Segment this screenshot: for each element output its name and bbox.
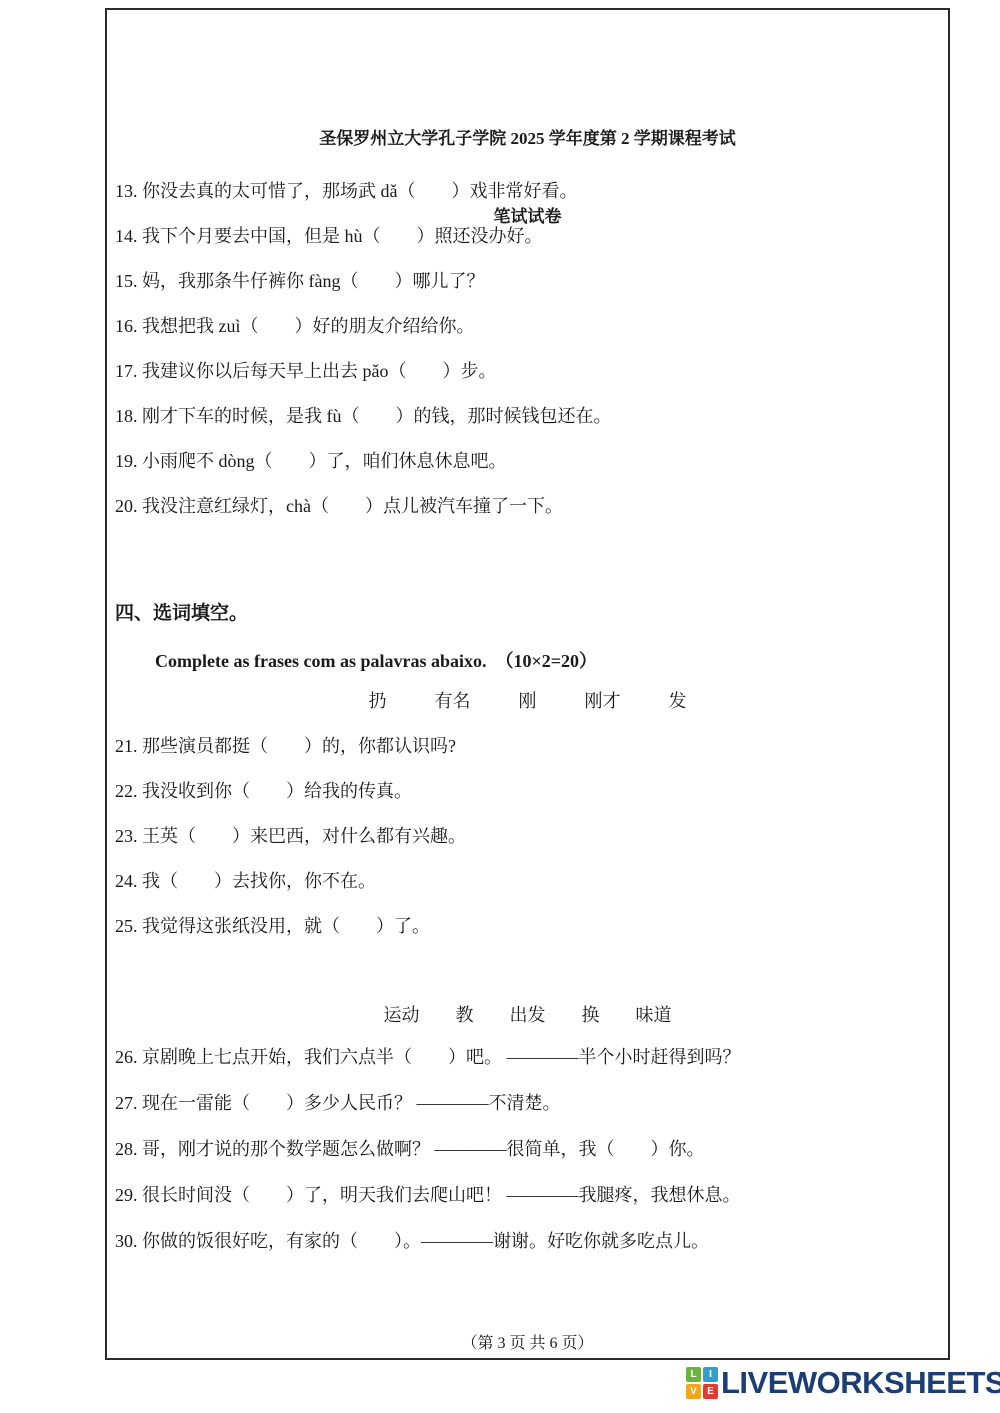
question-item-15: 15. 妈，我那条牛仔裤你 fàng（ ）哪儿了？ (115, 272, 915, 291)
liveworksheets-logo-text: LIVEWORKSHEETS (721, 1365, 1000, 1401)
question-item-17: 17. 我建议你以后每天早上出去 pǎo（ ）步。 (115, 362, 915, 381)
question-item-28: 28. 哥，刚才说的那个数学题怎么做啊？ ————很简单，我（ ）你。 (115, 1140, 935, 1159)
question-item-27: 27. 现在一雷能（ ）多少人民币？ ————不清楚。 (115, 1094, 935, 1113)
section4-instruction: Complete as frases com as palavras abaix… (155, 647, 597, 673)
liveworksheets-logo[interactable]: L I V E LIVEWORKSHEETS (686, 1365, 1000, 1401)
question-item-19: 19. 小雨爬不 dòng（ ）了，咱们休息休息吧。 (115, 452, 915, 471)
word-bank-1-word: 有名 (435, 692, 471, 711)
word-bank-2: 运动 教 出发 换 味道 (105, 1006, 950, 1025)
section4-question-list-2: 26. 京剧晚上七点开始，我们六点半（ ）吧。 ————半个小时赶得到吗？ 27… (115, 1048, 935, 1251)
word-bank-2-word: 出发 (510, 1006, 546, 1025)
question-item-20: 20. 我没注意红绿灯，chà（ ）点儿被汽车撞了一下。 (115, 497, 915, 516)
question-item-25: 25. 我觉得这张纸没用，就（ ）了。 (115, 917, 915, 936)
question-item-30: 30. 你做的饭很好吃，有家的（ ）。————谢谢。好吃你就多吃点儿。 (115, 1232, 935, 1251)
question-item-16: 16. 我想把我 zuì（ ）好的朋友介绍给你。 (115, 317, 915, 336)
word-bank-2-word: 换 (582, 1006, 600, 1025)
question-item-26: 26. 京剧晚上七点开始，我们六点半（ ）吧。 ————半个小时赶得到吗？ (115, 1048, 935, 1067)
section4-question-list-1: 21. 那些演员都挺（ ）的，你都认识吗? 22. 我没收到你（ ）给我的传真。… (115, 737, 915, 936)
question-item-21: 21. 那些演员都挺（ ）的，你都认识吗? (115, 737, 915, 756)
word-bank-2-word: 运动 (384, 1006, 420, 1025)
word-bank-1-word: 发 (669, 692, 687, 711)
question-item-18: 18. 刚才下车的时候，是我 fù（ ）的钱，那时候钱包还在。 (115, 407, 915, 426)
word-bank-1-word: 刚才 (585, 692, 621, 711)
exam-title-line1: 圣保罗州立大学孔子学院 2025 学年度第 2 学期课程考试 (105, 126, 950, 152)
question-item-14: 14. 我下个月要去中国，但是 hù（ ）照还没办好。 (115, 227, 915, 246)
word-bank-2-word: 味道 (636, 1006, 672, 1025)
section4-heading: 四、选词填空。 (115, 598, 248, 625)
question-item-29: 29. 很长时间没（ ）了，明天我们去爬山吧！ ————我腿疼，我想休息。 (115, 1186, 935, 1205)
liveworksheets-logo-icon: L I V E (686, 1367, 718, 1399)
logo-tile-v: V (686, 1384, 701, 1399)
question-item-23: 23. 王英（ ）来巴西，对什么都有兴趣。 (115, 827, 915, 846)
word-bank-1-word: 扔 (369, 692, 387, 711)
logo-tile-l: L (686, 1367, 701, 1382)
page-number: （第 3 页 共 6 页） (105, 1330, 950, 1353)
part3-question-list: 13. 你没去真的太可惜了，那场武 dǎ（ ）戏非常好看。 14. 我下个月要去… (115, 182, 915, 516)
question-item-22: 22. 我没收到你（ ）给我的传真。 (115, 782, 915, 801)
question-item-13: 13. 你没去真的太可惜了，那场武 dǎ（ ）戏非常好看。 (115, 182, 915, 201)
logo-tile-i: I (703, 1367, 718, 1382)
question-item-24: 24. 我（ ）去找你，你不在。 (115, 872, 915, 891)
word-bank-1: 扔 有名 刚 刚才 发 (105, 692, 950, 711)
word-bank-2-word: 教 (456, 1006, 474, 1025)
word-bank-1-word: 刚 (519, 692, 537, 711)
logo-tile-e: E (703, 1384, 718, 1399)
